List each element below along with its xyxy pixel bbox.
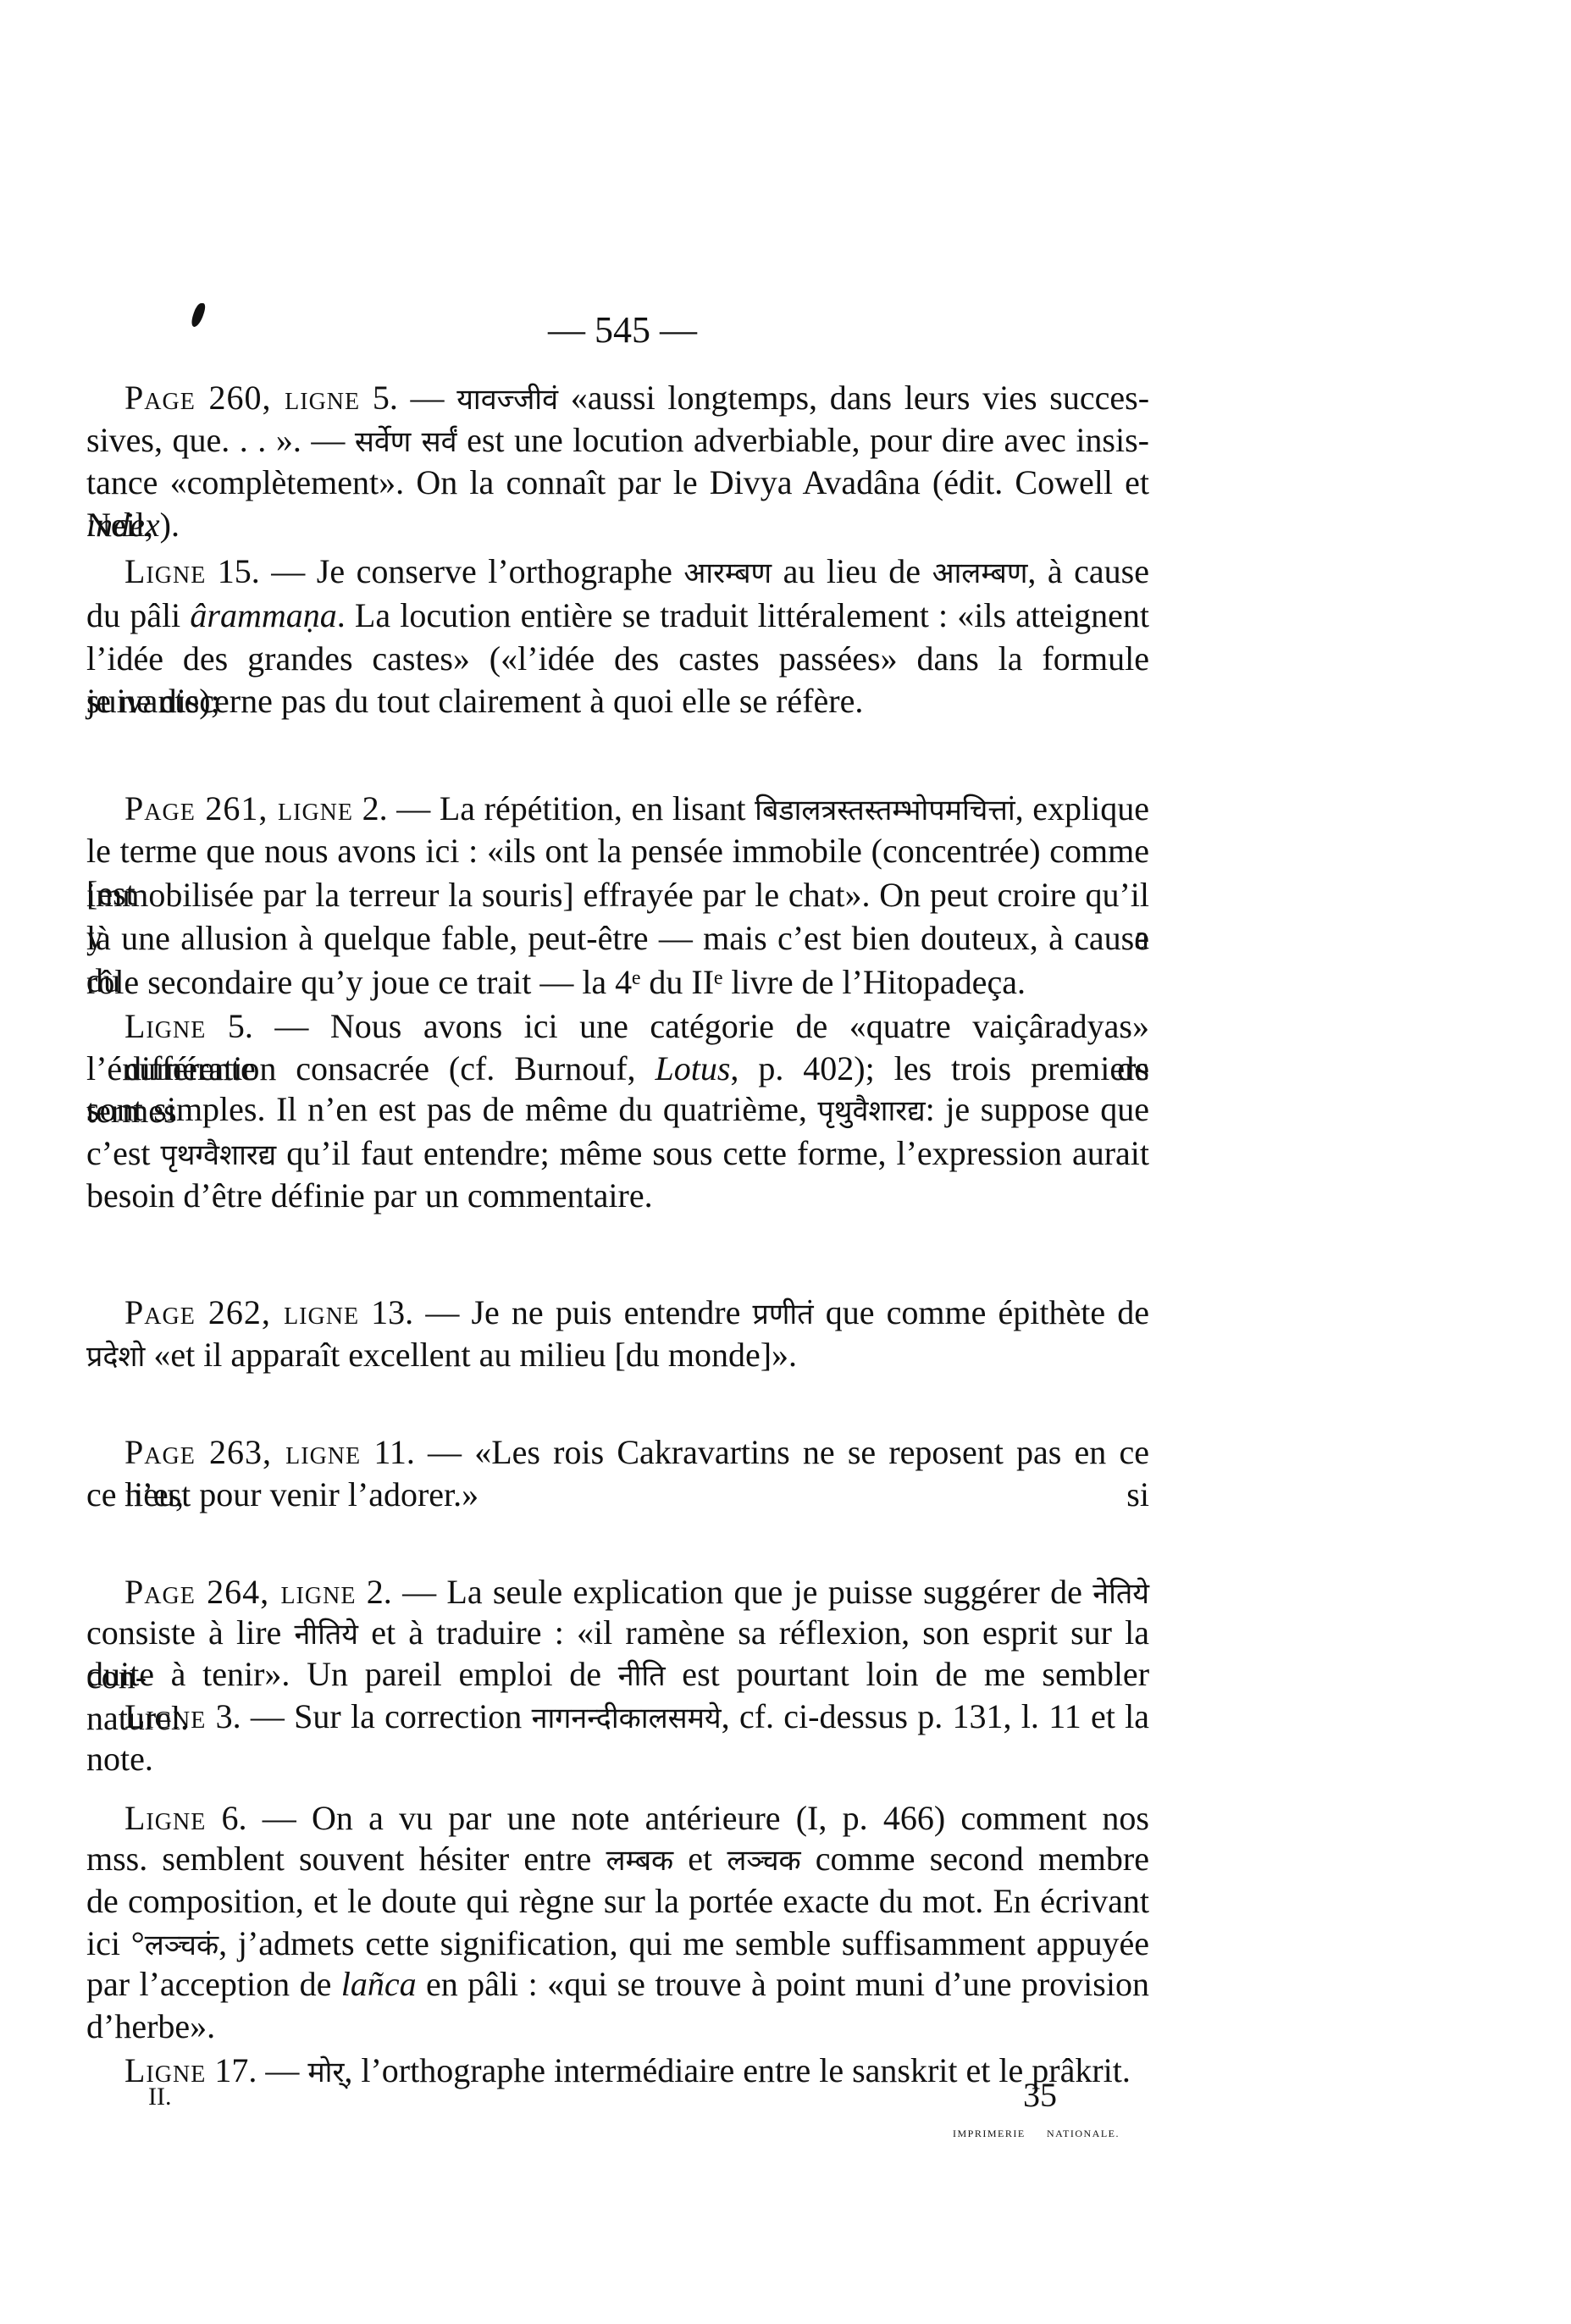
devanagari-term: नेतिये [1093,1577,1149,1611]
devanagari-term: नीतिये [294,1618,358,1652]
text-run: 15. — Je conserve l’orthographe [206,552,683,590]
reference-label: Page 261, ligne [124,789,353,827]
text-run: l’énumération consacrée (cf. Burnouf, [86,1049,655,1087]
text-run: , l’orthographe intermédiaire entre le s… [344,2051,1131,2089]
text-run: c’est [86,1134,160,1172]
text-run: sives, que. . . ». — [86,421,355,459]
text-run: note. [86,1740,153,1778]
devanagari-term: लञ्चक [727,1844,800,1878]
text-line: besoin d’être définie par un commentaire… [86,1175,1149,1217]
italic-term: lañca [341,1965,417,2003]
text-line: consiste à lire नीतिये et à traduire : «… [86,1612,1149,1654]
text-line: sont simples. Il n’en est pas de même du… [86,1088,1149,1131]
text-line: Page 263, ligne 11. — «Les rois Cakravar… [124,1431,1149,1474]
text-run: qu’il faut entendre; même sous cette for… [276,1134,1149,1172]
text-line: Ligne 6. — On a vu par une note antérieu… [124,1797,1149,1840]
text-line: duite à tenir». Un pareil emploi de नीति… [86,1653,1149,1696]
devanagari-term: प्रणीतं [752,1298,813,1331]
text-run: et [673,1840,727,1878]
reference-label: Page 262, ligne [124,1293,359,1331]
reference-label: Page 260, ligne [124,379,360,417]
text-line: immobilisée par la terreur la souris] ef… [86,874,1149,916]
devanagari-term: पृथग्वैशारद्य [160,1138,276,1172]
text-run: 2. — La seule explication que je puisse … [356,1573,1093,1611]
reference-label: Ligne [124,552,206,590]
text-line: index). [86,504,1149,546]
text-run: 5. — [360,379,456,417]
devanagari-term: आलम्बण [932,556,1028,590]
reference-label: Ligne [124,1007,206,1045]
devanagari-term: आरम्बण [683,556,772,590]
text-line: de composition, et le doute qui règne su… [86,1880,1149,1923]
text-run: que comme épithète de [814,1293,1149,1331]
text-run: consiste à lire [86,1613,294,1652]
text-line: rôle secondaire qu’y joue ce trait — la … [86,961,1149,1004]
text-line: Ligne 17. — मोर्, l’orthographe interméd… [124,2050,1149,2092]
text-line: ce n’est pour venir l’adorer.» [86,1474,1149,1516]
text-line: mss. semblent souvent hésiter entre लम्ब… [86,1838,1149,1880]
text-line: note. [86,1738,1149,1780]
text-line: ici °लञ्चकं, j’admets cette significatio… [86,1923,1149,1965]
text-line: tance «complètement». On la connaît par … [86,462,1149,504]
text-line: Ligne 5. — Nous avons ici une catégorie … [124,1005,1149,1048]
text-run: par l’acception de [86,1965,341,2003]
text-line: d’herbe». [86,2006,1149,2048]
volume-marker: II. [148,2082,171,2112]
italic-term: ârammaṇa [190,596,336,634]
text-run: besoin d’être définie par un commentaire… [86,1176,653,1215]
text-run: d’herbe». [86,2007,215,2045]
devanagari-term: लम्बक [606,1844,673,1878]
text-line: le terme que nous avons ici : «ils ont l… [86,830,1149,872]
text-line: Page 264, ligne 2. — La seule explicatio… [124,1571,1149,1613]
signature-number: 35 [1023,2077,1057,2114]
text-run: 6. — On a vu par une note antérieure (I,… [206,1799,1149,1837]
text-run: 17. — [206,2051,307,2089]
devanagari-term: नागनन्दीकालसमये [532,1701,722,1735]
text-run: ). [160,506,180,544]
devanagari-term: लञ्चकं [145,1928,219,1962]
reference-label: Page 263, ligne [124,1433,361,1471]
text-line: c’est पृथग्वैशारद्य qu’il faut entendre;… [86,1132,1149,1175]
text-run: : je suppose que [926,1090,1149,1128]
text-run: ici ° [86,1924,145,1962]
text-line: je ne discerne pas du tout clairement à … [86,680,1149,722]
text-line: प्रदेशो «et il apparaît excellent au mil… [86,1334,1149,1376]
text-line: sives, que. . . ». — सर्वेण सर्वं est un… [86,419,1149,462]
text-run: comme second membre [801,1840,1149,1878]
reference-label: Ligne [124,1697,206,1735]
text-line: Ligne 3. — Sur la correction नागनन्दीकाल… [124,1696,1149,1738]
text-run: «aussi longtemps, dans leurs vies succes… [558,379,1149,417]
printer-imprint: IMPRIMERIE NATIONALE. [953,2128,1120,2139]
text-run: au lieu de [772,552,932,590]
text-run: de composition, et le doute qui règne su… [86,1882,1149,1920]
text-run: , cf. ci-dessus p. 131, l. 11 et la [722,1697,1149,1735]
text-run: je ne discerne pas du tout clairement à … [86,682,863,720]
text-run: du pâli [86,596,190,634]
text-run: sont simples. Il n’en est pas de même du… [86,1090,817,1128]
text-line: Page 261, ligne 2. — La répétition, en l… [124,788,1149,830]
text-run: «et il apparaît excellent au milieu [du … [145,1336,797,1374]
text-run: , explique [1015,789,1149,827]
devanagari-term: प्रदेशो [86,1340,145,1374]
reference-label: Ligne [124,1799,206,1837]
text-line: du pâli ârammaṇa. La locution entière se… [86,595,1149,637]
text-line: là une allusion à quelque fable, peut-êt… [86,917,1149,960]
text-line: Page 260, ligne 5. — यावज्जीवं «aussi lo… [124,377,1149,419]
devanagari-term: पृथुवैशारद्य [817,1094,925,1128]
page-number-header: — 545 — [545,309,700,351]
italic-term: Lotus [655,1049,730,1087]
devanagari-term: नीति [618,1659,666,1693]
devanagari-term: मोर् [307,2056,344,2089]
text-run: . La locution entière se traduit littéra… [337,596,1149,634]
text-run: , à cause [1027,552,1149,590]
text-run: mss. semblent souvent hésiter entre [86,1840,606,1878]
devanagari-term: यावज्जीवं [456,383,558,417]
text-line: Page 262, ligne 13. — Je ne puis entendr… [124,1292,1149,1334]
text-line: Ligne 15. — Je conserve l’orthographe आर… [124,551,1149,593]
text-run: 3. — Sur la correction [206,1697,531,1735]
text-run: 13. — Je ne puis entendre [359,1293,752,1331]
document-page: — 545 — Page 260, ligne 5. — यावज्जीवं «… [0,0,1571,2324]
text-run: 2. — La répétition, en lisant [353,789,755,827]
devanagari-term: बिडालत्रस्तस्तम्भोपमचित्तां [755,794,1015,827]
text-run: rôle secondaire qu’y joue ce trait — la … [86,963,1026,1001]
ink-blot [189,303,207,327]
text-run: duite à tenir». Un pareil emploi de [86,1655,618,1693]
italic-term: index [86,506,160,544]
reference-label: Page 264, ligne [124,1573,356,1611]
text-run: est une locution adverbiable, pour dire … [457,421,1149,459]
devanagari-term: सर्वेण सर्वं [355,425,457,459]
text-line: l’idée des grandes castes» («l’idée des … [86,638,1149,680]
text-line: l’énumération consacrée (cf. Burnouf, Lo… [86,1048,1149,1090]
text-run: en pâli : «qui se trouve à point muni d’… [417,1965,1149,2003]
text-run: ce n’est pour venir l’adorer.» [86,1475,478,1513]
text-line: par l’acception de lañca en pâli : «qui … [86,1963,1149,2006]
text-run: , j’admets cette signification, qui me s… [219,1924,1149,1962]
